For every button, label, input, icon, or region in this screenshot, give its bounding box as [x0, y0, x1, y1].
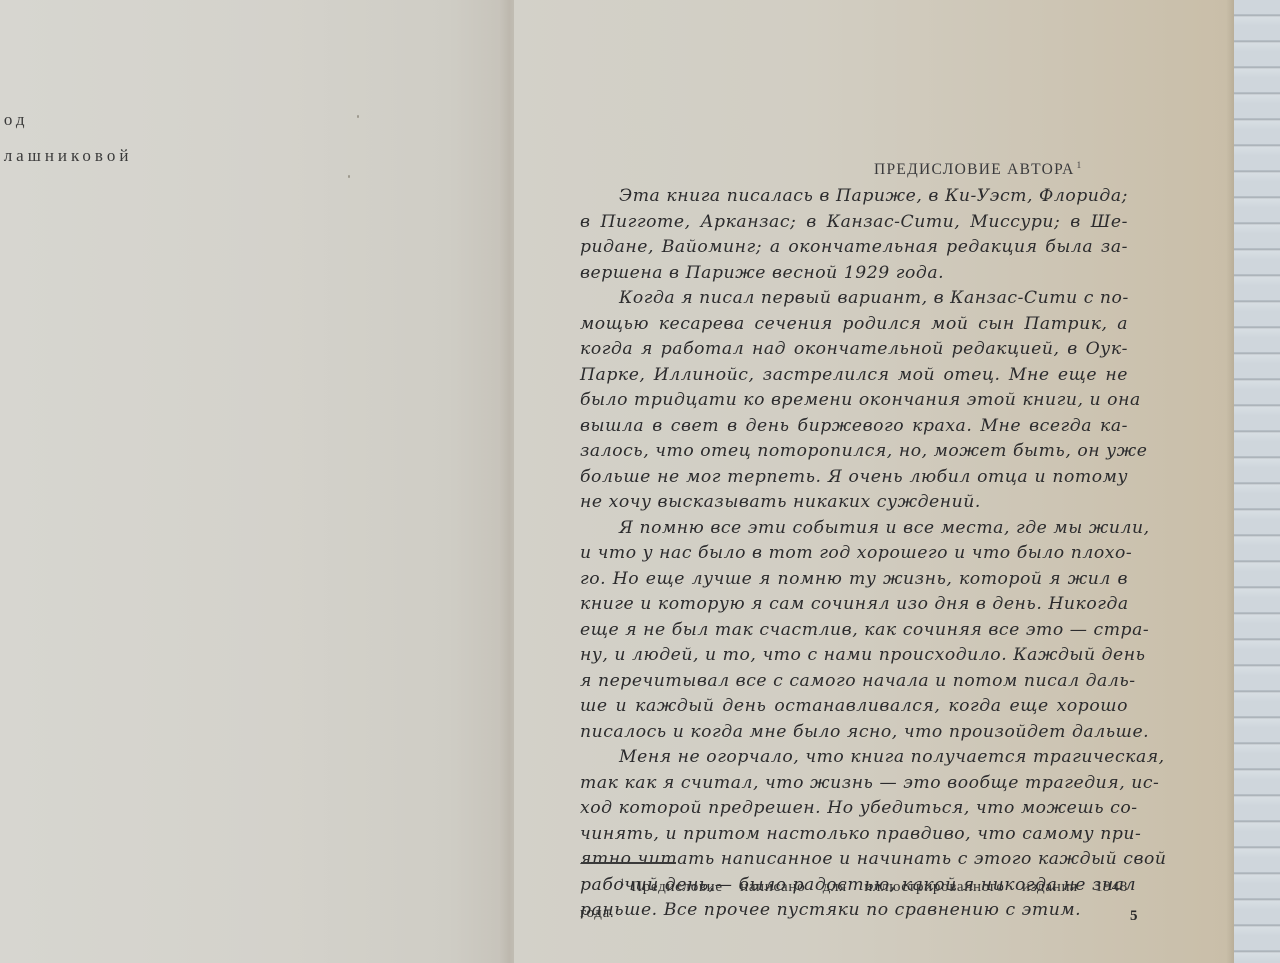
heading-text: ПРЕДИСЛОВИЕ АВТОРА	[874, 161, 1075, 178]
text-line: вышла в свет в день биржевого краха. Мне…	[580, 414, 1128, 440]
text-line: ше и каждый день останавливался, когда е…	[580, 694, 1128, 720]
text-line: го. Но еще лучше я помню ту жизнь, котор…	[580, 567, 1128, 593]
translator-line-1: вод	[0, 102, 132, 138]
paper-speck	[357, 115, 359, 118]
page-number: 5	[1130, 908, 1138, 925]
footnote: 1Предисловие написано для иллюстрированн…	[580, 869, 1128, 926]
footnote-text: Предисловие написано для иллюстрированно…	[631, 879, 1128, 895]
text-line: еще я не был так счастлив, как сочиняя в…	[580, 618, 1128, 644]
text-line: писалось и когда мне было ясно, что прои…	[580, 720, 1128, 746]
text-line: ну, и людей, и то, что с нами происходил…	[580, 643, 1128, 669]
text-line: залось, что отец поторопился, но, может …	[580, 439, 1128, 465]
paragraph: Когда я писал первый вариант, в Канзас-С…	[580, 286, 1128, 516]
translator-credit: вод алашниковой	[0, 102, 132, 174]
text-line: не хочу высказывать никаких суждений.	[580, 490, 1128, 516]
text-line: чинять, и притом настолько правдиво, что…	[580, 822, 1128, 848]
text-line: ход которой предрешен. Но убедиться, что…	[580, 796, 1128, 822]
heading-footnote-marker: 1	[1077, 160, 1083, 170]
footnote-divider	[581, 862, 676, 864]
text-line: Парке, Иллинойс, застрелился мой отец. М…	[580, 363, 1128, 389]
text-line: Я помню все эти события и все места, где…	[580, 516, 1128, 542]
text-line: когда я работал над окончательной редакц…	[580, 337, 1128, 363]
text-line: ридане, Вайоминг; а окончательная редакц…	[580, 235, 1128, 261]
text-line: было тридцати ко времени окончания этой …	[580, 388, 1128, 414]
left-page: вод алашниковой	[0, 0, 510, 963]
text-line: книге и которую я сам сочинял изо дня в …	[580, 592, 1128, 618]
preface-body: Эта книга писалась в Париже, в Ки-Уэст, …	[580, 184, 1128, 924]
chapter-heading: ПРЕДИСЛОВИЕ АВТОРА1	[874, 160, 1082, 179]
text-line: Эта книга писалась в Париже, в Ки-Уэст, …	[580, 184, 1128, 210]
footnote-line-1: 1Предисловие написано для иллюстрированн…	[580, 869, 1128, 900]
text-line: вершена в Париже весной 1929 года.	[580, 261, 1128, 287]
text-line: в Пигготе, Арканзас; в Канзас-Сити, Мисс…	[580, 210, 1128, 236]
text-line: больше не мог терпеть. Я очень любил отц…	[580, 465, 1128, 491]
text-line: Когда я писал первый вариант, в Канзас-С…	[580, 286, 1128, 312]
translator-line-2: алашниковой	[0, 138, 132, 174]
footnote-marker: 1	[620, 877, 625, 887]
text-line: и что у нас было в тот год хорошего и чт…	[580, 541, 1128, 567]
text-line: мощью кесарева сечения родился мой сын П…	[580, 312, 1128, 338]
paragraph: Эта книга писалась в Париже, в Ки-Уэст, …	[580, 184, 1128, 286]
footnote-line-2: года.	[580, 905, 614, 921]
paper-speck	[348, 175, 350, 178]
text-line: Меня не огорчало, что книга получается т…	[580, 745, 1128, 771]
text-line: я перечитывал все с самого начала и пото…	[580, 669, 1128, 695]
text-line: так как я считал, что жизнь — это вообще…	[580, 771, 1128, 797]
paragraph: Я помню все эти события и все места, где…	[580, 516, 1128, 746]
wooden-table-background	[1230, 0, 1280, 963]
